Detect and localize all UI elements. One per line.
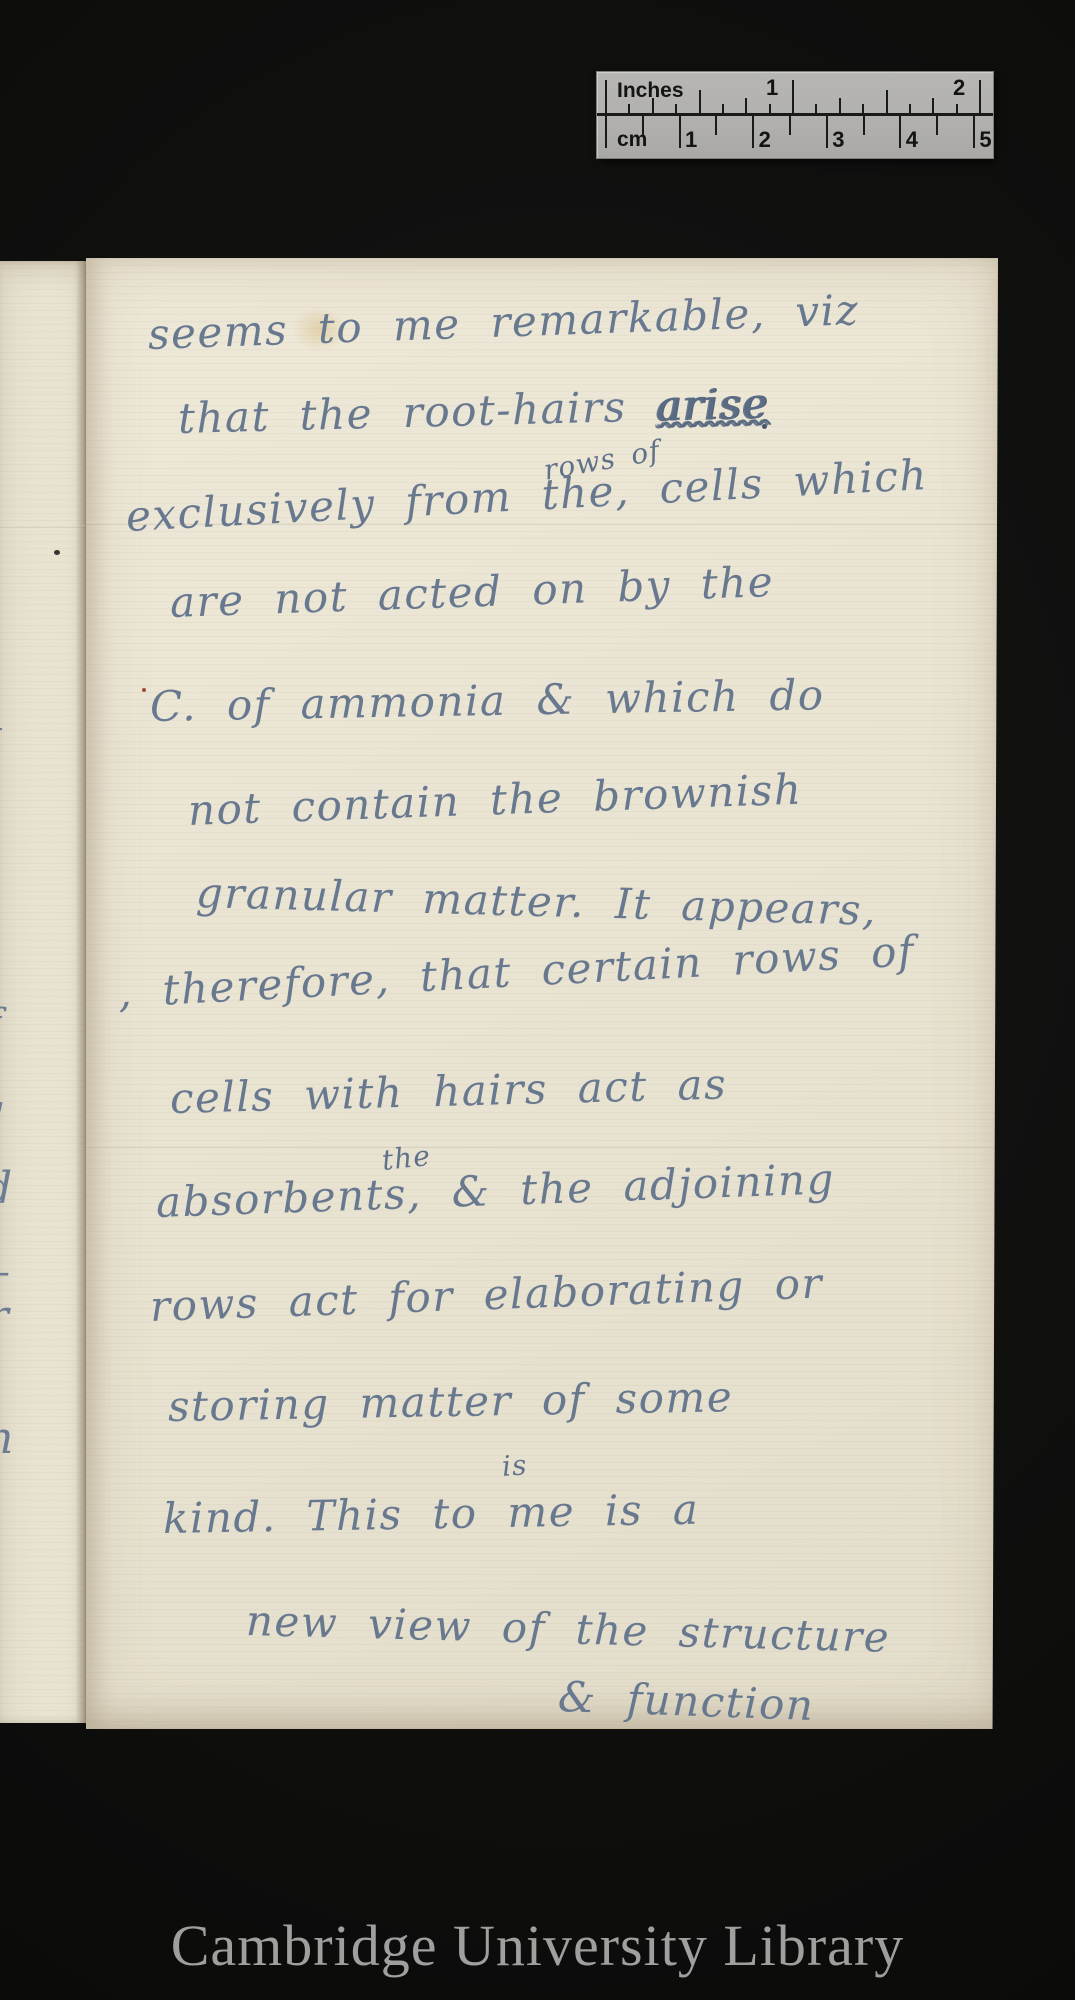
manuscript-page: seems to me remarkable, viz that the roo… bbox=[86, 258, 998, 1729]
overwritten-word: arise bbox=[656, 379, 770, 431]
fold-crease bbox=[86, 1145, 998, 1148]
manuscript-line: are not acted on by the bbox=[169, 557, 775, 627]
ruler: Inches cm 12 12345 bbox=[597, 72, 993, 158]
handwriting-fragment: t bbox=[0, 713, 2, 759]
ink-speck bbox=[142, 688, 146, 692]
manuscript-line: granular matter. It appears, bbox=[195, 868, 877, 935]
ruler-cm-numbers: 12345 bbox=[597, 72, 993, 158]
manuscript-line: cells with hairs act as bbox=[169, 1059, 727, 1123]
manuscript-line: rows act for elaborating or bbox=[149, 1259, 824, 1331]
manuscript-line: seems to me remarkable, viz bbox=[147, 285, 860, 359]
handwriting-fragment: y bbox=[0, 1083, 2, 1137]
manuscript-line: that the root-hairs arise bbox=[177, 379, 769, 443]
handwriting-fragment: — bbox=[0, 1249, 10, 1295]
manuscript-line: kind. This to me is a bbox=[163, 1485, 700, 1543]
manuscript-line: storing matter of some bbox=[168, 1372, 734, 1431]
ruler-cm-number: 5 bbox=[979, 127, 991, 153]
library-watermark: Cambridge University Library bbox=[0, 1912, 1075, 1979]
manuscript-line: exclusively from the, cells which bbox=[125, 450, 929, 541]
manuscript-line: absorbents, & the adjoining bbox=[155, 1154, 836, 1227]
handwriting-fragment: tr bbox=[0, 1291, 9, 1342]
manuscript-line: not contain the brownish bbox=[187, 765, 803, 835]
ruler-cm-number: 3 bbox=[832, 127, 844, 153]
ruler-cm-number: 1 bbox=[685, 127, 697, 153]
ruler-cm-number: 4 bbox=[906, 127, 918, 153]
fold-crease bbox=[0, 525, 86, 528]
interline-insertion: is bbox=[501, 1448, 529, 1483]
adjacent-page-edge: t f y d — tr h bbox=[0, 261, 86, 1723]
ink-speck bbox=[54, 550, 60, 555]
handwriting-fragment: h bbox=[0, 1413, 14, 1464]
ruler-cm-number: 2 bbox=[759, 127, 771, 153]
handwriting-fragment: d bbox=[0, 1163, 12, 1214]
manuscript-line: & function bbox=[557, 1672, 815, 1730]
manuscript-line: , therefore, that certain rows of bbox=[117, 926, 916, 1017]
photo-background: t f y d — tr h seems to me remarkable, v… bbox=[0, 0, 1075, 2000]
handwriting-fragment: f bbox=[0, 1001, 1, 1047]
manuscript-line: new view of the structure bbox=[245, 1596, 890, 1662]
manuscript-line: C. of ammonia & which do bbox=[150, 670, 825, 731]
manuscript-line-text: that the root-hairs bbox=[177, 382, 627, 443]
